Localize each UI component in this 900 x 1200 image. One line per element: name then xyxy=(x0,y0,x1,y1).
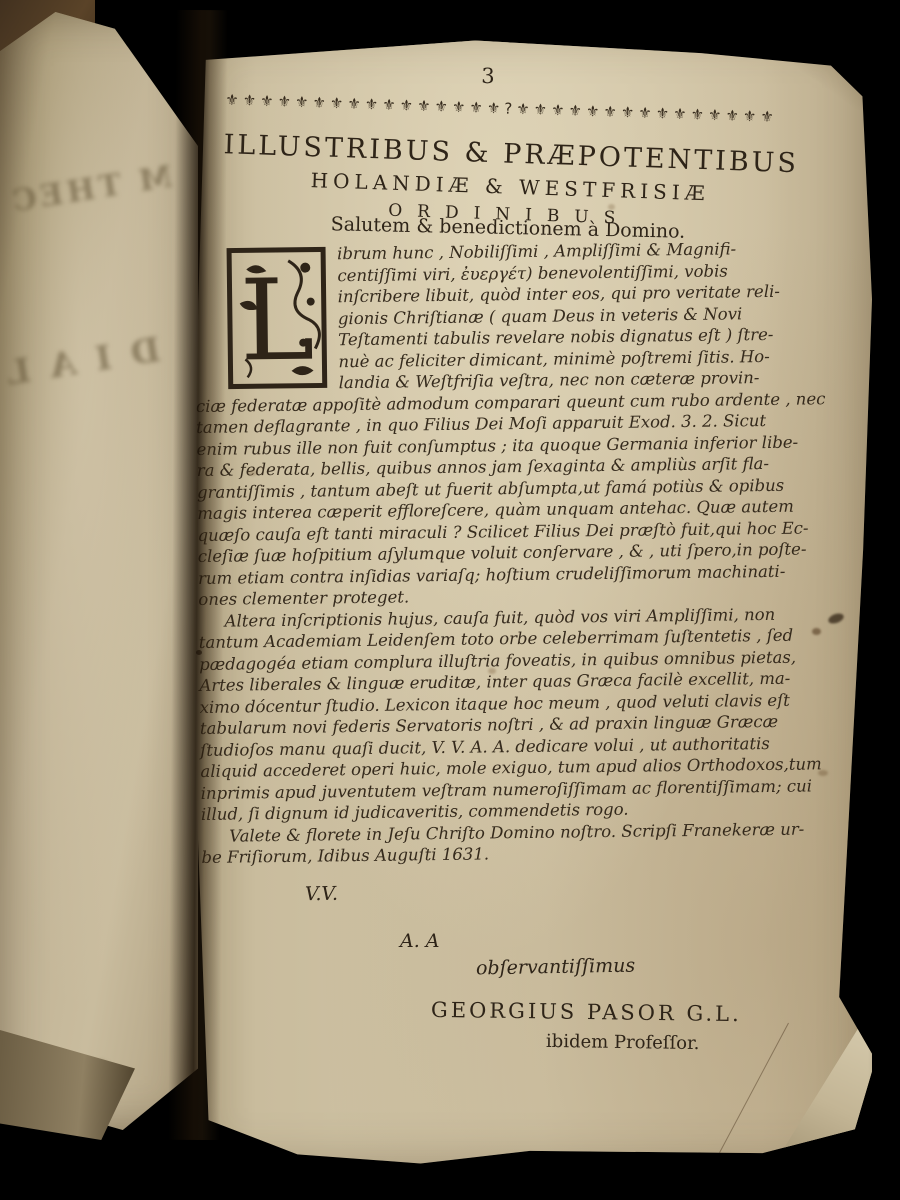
woodcut-initial-L: L xyxy=(226,246,328,389)
paragraph-2: Altera inſcriptionis hujus, cauſa fuit, … xyxy=(198,603,801,825)
fleur-de-lis-ornaments-right: ⚜⚜⚜⚜⚜⚜⚜⚜⚜⚜⚜⚜⚜⚜⚜ xyxy=(516,100,778,126)
signature-vv: V.V. xyxy=(305,883,338,906)
signature-observantissimus: obſervantiſſimus xyxy=(476,955,635,980)
page-corner-curl xyxy=(790,30,864,110)
signature-aa: A. A xyxy=(400,930,440,952)
drop-cap-initial: L xyxy=(226,246,328,389)
dedication-body: L ibrum hunc , Nobiliſſimi , Ampliſſimi … xyxy=(194,238,802,869)
facing-page: M THEC D I A L GEO xyxy=(0,12,198,1130)
ink-spot xyxy=(196,650,202,655)
page-number: 3 xyxy=(438,63,539,90)
stain xyxy=(818,770,828,776)
book-photograph: M THEC D I A L GEO 3 ⚜⚜⚜⚜⚜⚜⚜⚜⚜⚜⚜⚜⚜⚜⚜⚜?⚜⚜… xyxy=(0,0,900,1200)
showthrough-text: D I A L xyxy=(0,330,163,394)
ornament-border: ⚜⚜⚜⚜⚜⚜⚜⚜⚜⚜⚜⚜⚜⚜⚜⚜?⚜⚜⚜⚜⚜⚜⚜⚜⚜⚜⚜⚜⚜⚜⚜ xyxy=(201,90,801,127)
paragraph-1-full-width: ciæ federatæ appoſitè admodum comparari … xyxy=(196,388,799,610)
stain xyxy=(812,628,821,635)
fold-crease xyxy=(699,1023,789,1191)
signature-name: GEORGIUS PASOR G.L. xyxy=(431,998,742,1026)
showthrough-text: M THEC xyxy=(6,159,175,219)
closing-lines: Valete & florete in Jeſu Chriſto Domino … xyxy=(201,818,801,868)
signature-title: ibidem Profeſſor. xyxy=(546,1031,700,1054)
book-page: 3 ⚜⚜⚜⚜⚜⚜⚜⚜⚜⚜⚜⚜⚜⚜⚜⚜?⚜⚜⚜⚜⚜⚜⚜⚜⚜⚜⚜⚜⚜⚜⚜ ILLUS… xyxy=(188,28,872,1168)
fleur-de-lis-ornaments-left: ⚜⚜⚜⚜⚜⚜⚜⚜⚜⚜⚜⚜⚜⚜⚜⚜ xyxy=(225,91,505,118)
stain xyxy=(608,204,615,210)
stain xyxy=(827,612,845,626)
svg-text:L: L xyxy=(239,256,315,387)
ornament-separator: ? xyxy=(504,100,517,118)
stain xyxy=(488,668,496,674)
stain xyxy=(248,470,257,476)
